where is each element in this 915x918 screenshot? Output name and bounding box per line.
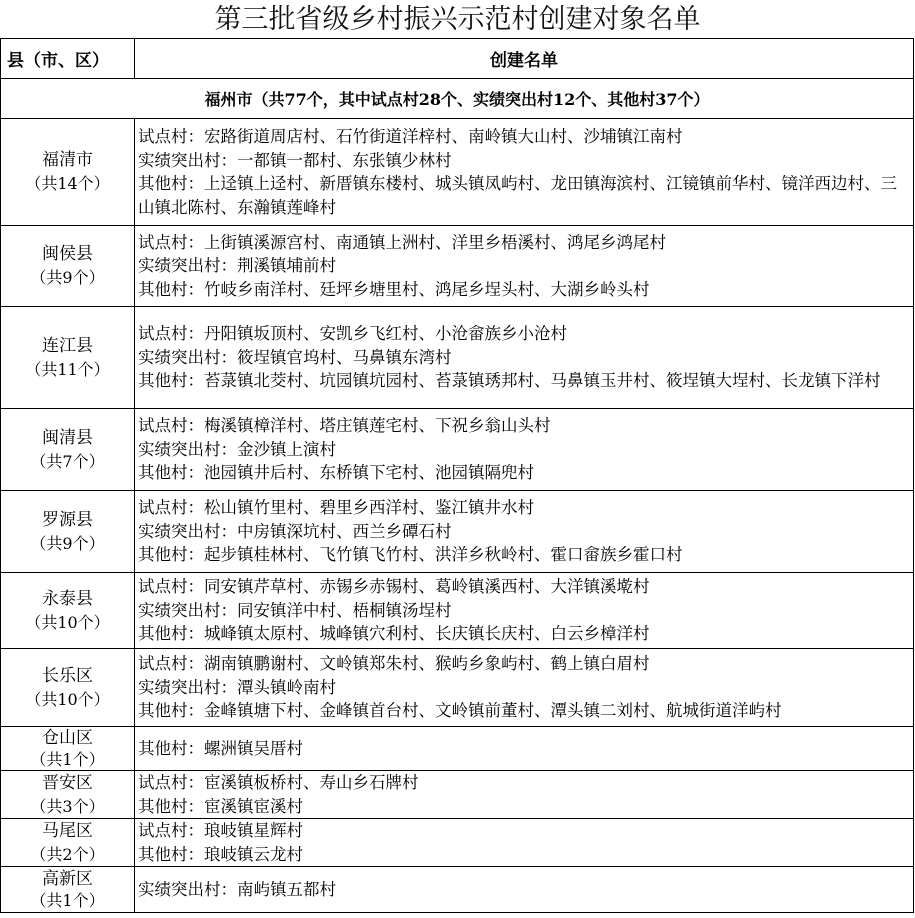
other-villages: 其他村：竹岐乡南洋村、廷坪乡塘里村、鸿尾乡埕头村、大湖乡岭头村 xyxy=(138,278,913,302)
outstanding-villages: 实绩突出村：潭头镇岭南村 xyxy=(138,676,913,700)
other-villages: 其他村：金峰镇塘下村、金峰镇首台村、文岭镇前董村、潭头镇二刘村、航城街道洋屿村 xyxy=(138,699,913,723)
county-cell: 晋安区 （共3个） xyxy=(1,771,135,819)
county-name: 连江县 xyxy=(1,335,134,358)
county-count: （共9个） xyxy=(1,266,134,289)
outstanding-villages: 实绩突出村：同安镇洋中村、梧桐镇汤埕村 xyxy=(138,599,913,623)
list-cell: 试点村：琅岐镇星辉村 其他村：琅岐镇云龙村 xyxy=(135,819,914,867)
county-name: 晋安区 xyxy=(1,772,134,795)
header-list: 创建名单 xyxy=(135,39,914,79)
outstanding-villages: 实绩突出村：南屿镇五都村 xyxy=(138,878,913,902)
list-cell: 试点村：宦溪镇板桥村、寿山乡石牌村 其他村：宦溪镇宦溪村 xyxy=(135,771,914,819)
county-cell: 福清市 （共14个） xyxy=(1,119,135,226)
outstanding-villages: 实绩突出村：中房镇深坑村、西兰乡磹石村 xyxy=(138,520,913,544)
pilot-villages: 试点村：宏路街道周店村、石竹街道洋梓村、南岭镇大山村、沙埔镇江南村 xyxy=(138,125,913,149)
list-cell: 实绩突出村：南屿镇五都村 xyxy=(135,867,914,913)
other-villages: 其他村：起步镇桂林村、飞竹镇飞竹村、洪洋乡秋岭村、霍口畲族乡霍口村 xyxy=(138,543,913,567)
pilot-villages: 试点村：梅溪镇樟洋村、塔庄镇莲宅村、下祝乡翁山头村 xyxy=(138,414,913,438)
county-count: （共9个） xyxy=(1,532,134,555)
table-row: 长乐区 （共10个） 试点村：湖南镇鹏谢村、文岭镇郑朱村、猴屿乡象屿村、鹤上镇白… xyxy=(1,649,914,727)
county-cell: 永泰县 （共10个） xyxy=(1,573,135,649)
county-cell: 闽侯县 （共9个） xyxy=(1,226,135,307)
county-cell: 连江县 （共11个） xyxy=(1,307,135,409)
list-cell: 试点村：上街镇溪源宫村、南通镇上洲村、洋里乡梧溪村、鸿尾乡鸿尾村 实绩突出村：荆… xyxy=(135,226,914,307)
outstanding-villages: 实绩突出村：荆溪镇埔前村 xyxy=(138,254,913,278)
pilot-villages: 试点村：同安镇芹草村、赤锡乡赤锡村、葛岭镇溪西村、大洋镇溪墘村 xyxy=(138,575,913,599)
outstanding-villages: 实绩突出村：一都镇一都村、东张镇少林村 xyxy=(138,149,913,173)
city-summary: 福州市（共77个，其中试点村28个、实绩突出村12个、其他村37个） xyxy=(1,79,914,119)
county-count: （共10个） xyxy=(1,688,134,711)
table-row: 罗源县 （共9个） 试点村：松山镇竹里村、碧里乡西洋村、鉴江镇井水村 实绩突出村… xyxy=(1,491,914,573)
county-cell: 仓山区 （共1个） xyxy=(1,727,135,771)
table-row: 闽侯县 （共9个） 试点村：上街镇溪源宫村、南通镇上洲村、洋里乡梧溪村、鸿尾乡鸿… xyxy=(1,226,914,307)
list-cell: 其他村：螺洲镇吴厝村 xyxy=(135,727,914,771)
county-cell: 长乐区 （共10个） xyxy=(1,649,135,727)
list-cell: 试点村：宏路街道周店村、石竹街道洋梓村、南岭镇大山村、沙埔镇江南村 实绩突出村：… xyxy=(135,119,914,226)
pilot-villages: 试点村：湖南镇鹏谢村、文岭镇郑朱村、猴屿乡象屿村、鹤上镇白眉村 xyxy=(138,652,913,676)
other-villages: 其他村：上迳镇上迳村、新厝镇东楼村、城头镇凤屿村、龙田镇海滨村、江镜镇前华村、镜… xyxy=(138,172,913,219)
county-name: 仓山区 xyxy=(1,728,134,749)
county-count: （共11个） xyxy=(1,358,134,381)
county-count: （共10个） xyxy=(1,611,134,634)
list-cell: 试点村：湖南镇鹏谢村、文岭镇郑朱村、猴屿乡象屿村、鹤上镇白眉村 实绩突出村：潭头… xyxy=(135,649,914,727)
table-row: 马尾区 （共2个） 试点村：琅岐镇星辉村 其他村：琅岐镇云龙村 xyxy=(1,819,914,867)
county-cell: 罗源县 （共9个） xyxy=(1,491,135,573)
table-row: 晋安区 （共3个） 试点村：宦溪镇板桥村、寿山乡石牌村 其他村：宦溪镇宦溪村 xyxy=(1,771,914,819)
county-cell: 马尾区 （共2个） xyxy=(1,819,135,867)
county-name: 福清市 xyxy=(1,149,134,172)
list-cell: 试点村：梅溪镇樟洋村、塔庄镇莲宅村、下祝乡翁山头村 实绩突出村：金沙镇上演村 其… xyxy=(135,409,914,491)
list-cell: 试点村：同安镇芹草村、赤锡乡赤锡村、葛岭镇溪西村、大洋镇溪墘村 实绩突出村：同安… xyxy=(135,573,914,649)
county-name: 永泰县 xyxy=(1,588,134,611)
list-cell: 试点村：松山镇竹里村、碧里乡西洋村、鉴江镇井水村 实绩突出村：中房镇深坑村、西兰… xyxy=(135,491,914,573)
outstanding-villages: 实绩突出村：金沙镇上演村 xyxy=(138,438,913,462)
village-list-table: 县（市、区） 创建名单 福州市（共77个，其中试点村28个、实绩突出村12个、其… xyxy=(0,38,914,913)
pilot-villages: 试点村：丹阳镇坂顶村、安凯乡飞红村、小沧畲族乡小沧村 xyxy=(138,322,913,346)
header-county: 县（市、区） xyxy=(1,39,135,79)
table-row: 福清市 （共14个） 试点村：宏路街道周店村、石竹街道洋梓村、南岭镇大山村、沙埔… xyxy=(1,119,914,226)
table-row: 闽清县 （共7个） 试点村：梅溪镇樟洋村、塔庄镇莲宅村、下祝乡翁山头村 实绩突出… xyxy=(1,409,914,491)
pilot-villages: 试点村：上街镇溪源宫村、南通镇上洲村、洋里乡梧溪村、鸿尾乡鸿尾村 xyxy=(138,231,913,255)
county-name: 闽侯县 xyxy=(1,243,134,266)
county-name: 长乐区 xyxy=(1,665,134,688)
county-count: （共1个） xyxy=(1,749,134,770)
county-name: 闽清县 xyxy=(1,427,134,450)
other-villages: 其他村：琅岐镇云龙村 xyxy=(138,843,913,867)
other-villages: 其他村：苔菉镇北茭村、坑园镇坑园村、苔菉镇琇邦村、马鼻镇玉井村、筱埕镇大埕村、长… xyxy=(138,369,913,393)
county-cell: 闽清县 （共7个） xyxy=(1,409,135,491)
county-cell: 高新区 （共1个） xyxy=(1,867,135,913)
other-villages: 其他村：城峰镇太原村、城峰镇穴利村、长庆镇长庆村、白云乡樟洋村 xyxy=(138,622,913,646)
city-summary-row: 福州市（共77个，其中试点村28个、实绩突出村12个、其他村37个） xyxy=(1,79,914,119)
table-row: 高新区 （共1个） 实绩突出村：南屿镇五都村 xyxy=(1,867,914,913)
document-title: 第三批省级乡村振兴示范村创建对象名单 xyxy=(0,0,915,38)
table-row: 永泰县 （共10个） 试点村：同安镇芹草村、赤锡乡赤锡村、葛岭镇溪西村、大洋镇溪… xyxy=(1,573,914,649)
table-row: 连江县 （共11个） 试点村：丹阳镇坂顶村、安凯乡飞红村、小沧畲族乡小沧村 实绩… xyxy=(1,307,914,409)
table-header-row: 县（市、区） 创建名单 xyxy=(1,39,914,79)
list-cell: 试点村：丹阳镇坂顶村、安凯乡飞红村、小沧畲族乡小沧村 实绩突出村：筱埕镇官坞村、… xyxy=(135,307,914,409)
county-count: （共1个） xyxy=(1,890,134,912)
pilot-villages: 试点村：宦溪镇板桥村、寿山乡石牌村 xyxy=(138,771,913,795)
other-villages: 其他村：池园镇井后村、东桥镇下宅村、池园镇隔兜村 xyxy=(138,461,913,485)
county-count: （共7个） xyxy=(1,450,134,473)
county-name: 马尾区 xyxy=(1,820,134,843)
other-villages: 其他村：宦溪镇宦溪村 xyxy=(138,795,913,819)
pilot-villages: 试点村：琅岐镇星辉村 xyxy=(138,819,913,843)
county-name: 罗源县 xyxy=(1,509,134,532)
outstanding-villages: 实绩突出村：筱埕镇官坞村、马鼻镇东湾村 xyxy=(138,346,913,370)
pilot-villages: 试点村：松山镇竹里村、碧里乡西洋村、鉴江镇井水村 xyxy=(138,496,913,520)
county-count: （共14个） xyxy=(1,172,134,195)
other-villages: 其他村：螺洲镇吴厝村 xyxy=(138,737,913,761)
county-count: （共3个） xyxy=(1,795,134,818)
table-row: 仓山区 （共1个） 其他村：螺洲镇吴厝村 xyxy=(1,727,914,771)
county-count: （共2个） xyxy=(1,843,134,866)
county-name: 高新区 xyxy=(1,868,134,890)
